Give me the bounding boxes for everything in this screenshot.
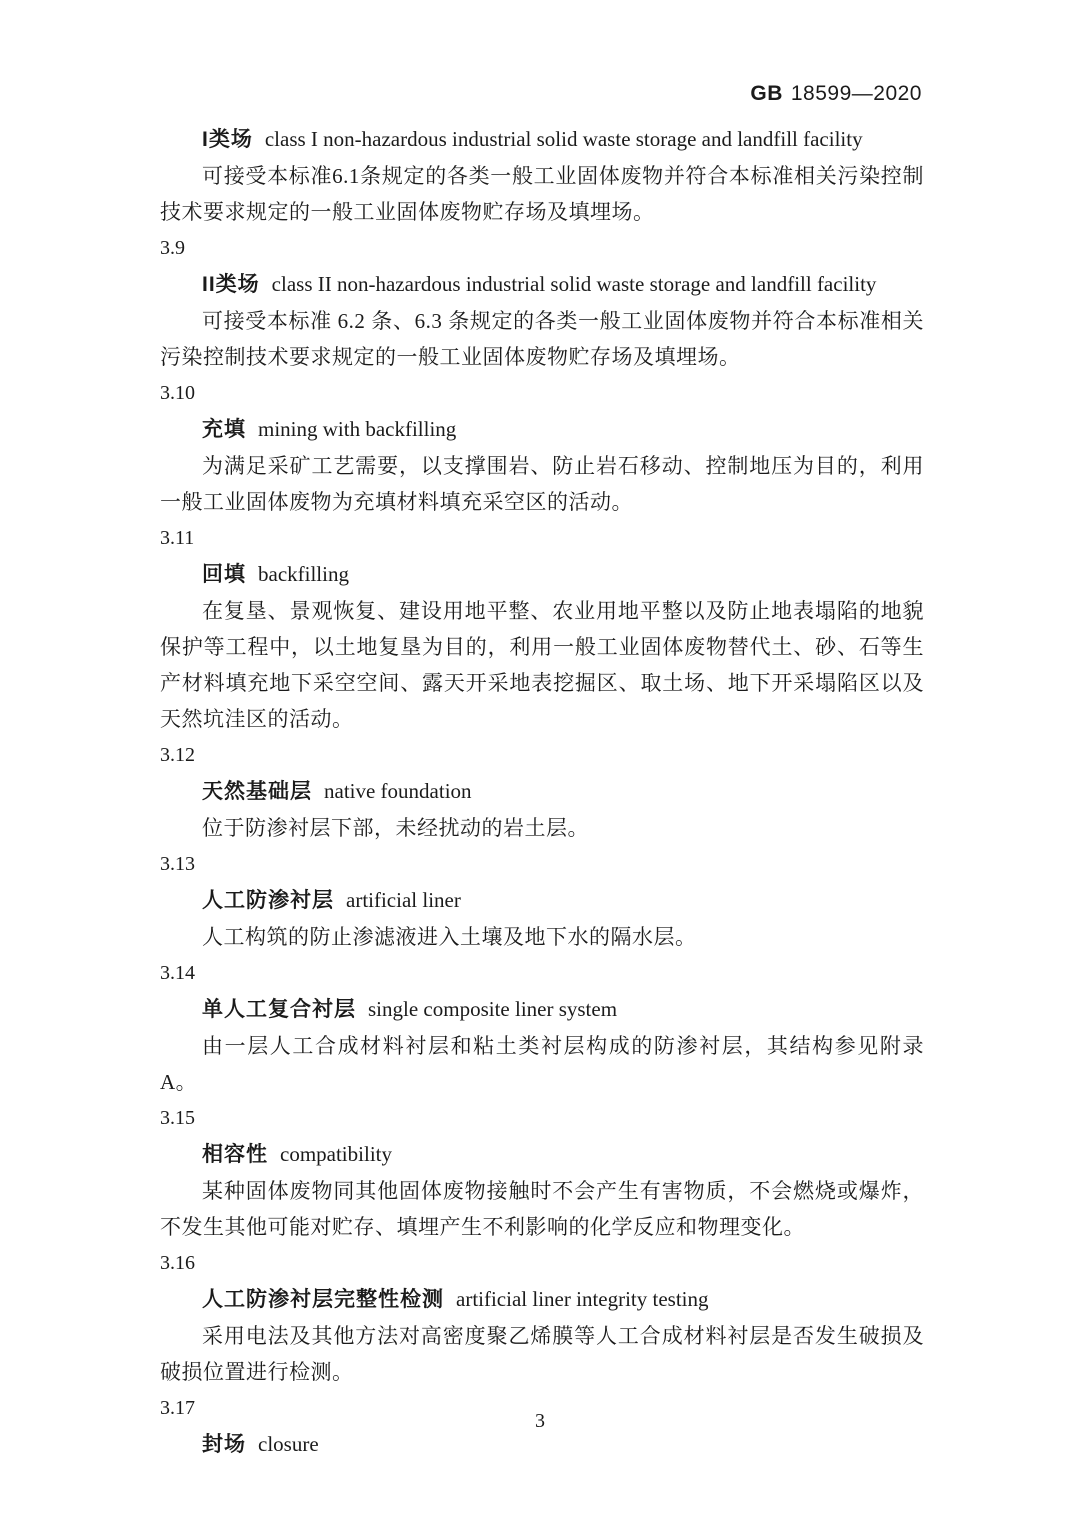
term-english: class I non-hazardous industrial solid w…: [265, 127, 863, 151]
definition-entry: I类场class I non-hazardous industrial soli…: [160, 121, 924, 230]
term-english: mining with backfilling: [258, 417, 456, 441]
term-chinese: II类场: [202, 273, 260, 296]
term-line: 人工防渗衬层artificial liner: [160, 882, 924, 919]
term-english: artificial liner: [346, 888, 461, 912]
term-line: 天然基础层native foundation: [160, 773, 924, 810]
definition-paragraph: 为满足采矿工艺需要，以支撑围岩、防止岩石移动、控制地压为目的，利用一般工业固体废…: [160, 448, 924, 520]
term-chinese: 相容性: [202, 1143, 268, 1166]
definition-paragraph: 位于防渗衬层下部，未经扰动的岩土层。: [160, 810, 924, 846]
term-chinese: I类场: [202, 128, 253, 151]
term-english: backfilling: [258, 562, 349, 586]
definition-paragraph: 可接受本标准 6.2 条、6.3 条规定的各类一般工业固体废物并符合本标准相关污…: [160, 303, 924, 375]
definition-entry: 3.10 充填mining with backfilling 为满足采矿工艺需要…: [160, 375, 924, 520]
term-chinese: 人工防渗衬层: [202, 889, 334, 912]
definition-entry: 3.13 人工防渗衬层artificial liner 人工构筑的防止渗滤液进入…: [160, 846, 924, 955]
term-chinese: 回填: [202, 563, 246, 586]
term-chinese: 充填: [202, 418, 246, 441]
clause-number: 3.14: [160, 955, 924, 991]
term-english: class II non-hazardous industrial solid …: [272, 272, 877, 296]
standard-code-number: 18599—2020: [791, 82, 922, 105]
standard-code-header: GB18599—2020: [750, 82, 922, 106]
definition-entry: 3.11 回填backfilling 在复垦、景观恢复、建设用地平整、农业用地平…: [160, 520, 924, 737]
term-chinese: 单人工复合衬层: [202, 998, 356, 1021]
term-english: native foundation: [324, 779, 472, 803]
term-english: artificial liner integrity testing: [456, 1287, 709, 1311]
definition-entry: 3.16 人工防渗衬层完整性检测artificial liner integri…: [160, 1245, 924, 1390]
term-chinese: 天然基础层: [202, 780, 312, 803]
definition-entry: 3.14 单人工复合衬层single composite liner syste…: [160, 955, 924, 1100]
definition-paragraph: 可接受本标准6.1条规定的各类一般工业固体废物并符合本标准相关污染控制技术要求规…: [160, 158, 924, 230]
term-line: 充填mining with backfilling: [160, 411, 924, 448]
standard-code-prefix: GB: [750, 82, 783, 105]
clause-number: 3.13: [160, 846, 924, 882]
definition-paragraph: 人工构筑的防止渗滤液进入土壤及地下水的隔水层。: [160, 919, 924, 955]
definition-entry: 3.12 天然基础层native foundation 位于防渗衬层下部，未经扰…: [160, 737, 924, 846]
term-english: single composite liner system: [368, 997, 617, 1021]
page-number: 3: [0, 1410, 1080, 1433]
term-line: I类场class I non-hazardous industrial soli…: [160, 121, 924, 158]
definition-entry: 3.9 II类场class II non-hazardous industria…: [160, 230, 924, 375]
term-line: 人工防渗衬层完整性检测artificial liner integrity te…: [160, 1281, 924, 1318]
term-line: 回填backfilling: [160, 556, 924, 593]
term-line: II类场class II non-hazardous industrial so…: [160, 266, 924, 303]
term-chinese: 封场: [202, 1433, 246, 1456]
clause-number: 3.10: [160, 375, 924, 411]
clause-number: 3.9: [160, 230, 924, 266]
term-chinese: 人工防渗衬层完整性检测: [202, 1288, 444, 1311]
clause-number: 3.12: [160, 737, 924, 773]
term-line: 相容性compatibility: [160, 1136, 924, 1173]
definitions-content: I类场class I non-hazardous industrial soli…: [160, 121, 924, 1463]
clause-number: 3.15: [160, 1100, 924, 1136]
definition-paragraph: 采用电法及其他方法对高密度聚乙烯膜等人工合成材料衬层是否发生破损及破损位置进行检…: [160, 1318, 924, 1390]
clause-number: 3.11: [160, 520, 924, 556]
document-page: GB18599—2020 I类场class I non-hazardous in…: [0, 0, 1080, 1527]
definition-entry: 3.15 相容性compatibility 某种固体废物同其他固体废物接触时不会…: [160, 1100, 924, 1245]
term-english: compatibility: [280, 1142, 392, 1166]
definition-paragraph: 某种固体废物同其他固体废物接触时不会产生有害物质，不会燃烧或爆炸，不发生其他可能…: [160, 1173, 924, 1245]
term-line: 单人工复合衬层single composite liner system: [160, 991, 924, 1028]
clause-number: 3.16: [160, 1245, 924, 1281]
definition-paragraph: 在复垦、景观恢复、建设用地平整、农业用地平整以及防止地表塌陷的地貌保护等工程中，…: [160, 593, 924, 737]
definition-paragraph: 由一层人工合成材料衬层和粘土类衬层构成的防渗衬层，其结构参见附录 A。: [160, 1028, 924, 1100]
term-english: closure: [258, 1432, 319, 1456]
